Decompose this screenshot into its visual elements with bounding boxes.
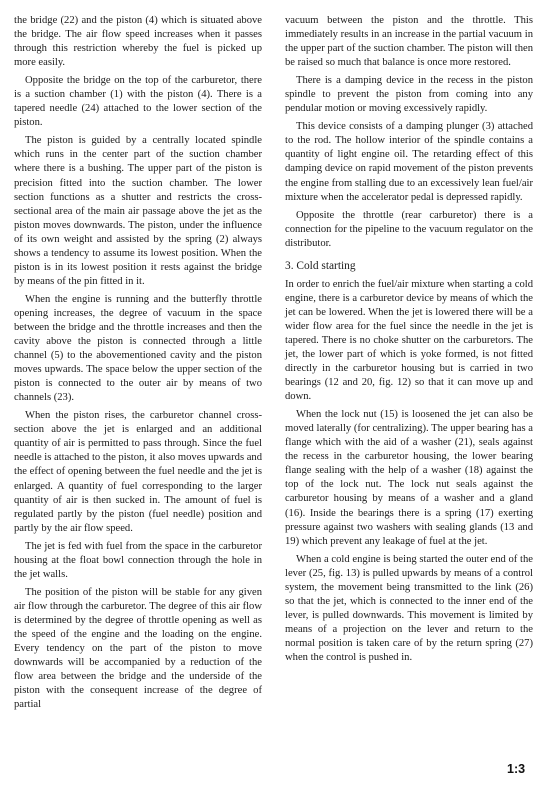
paragraph: When the engine is running and the butte…	[14, 293, 262, 405]
paragraph: Opposite the throttle (rear carburetor) …	[285, 209, 533, 251]
paragraph: When the lock nut (15) is loosened the j…	[285, 408, 533, 548]
paragraph: Opposite the bridge on the top of the ca…	[14, 74, 262, 130]
paragraph: When a cold engine is being started the …	[285, 553, 533, 665]
paragraph: The jet is fed with fuel from the space …	[14, 540, 262, 582]
right-column: vacuum between the piston and the thrott…	[285, 14, 533, 669]
page-number: 1:3	[507, 762, 525, 776]
paragraph: vacuum between the piston and the thrott…	[285, 14, 533, 70]
paragraph: There is a damping device in the recess …	[285, 74, 533, 116]
paragraph: This device consists of a damping plunge…	[285, 120, 533, 204]
paragraph: The piston is guided by a centrally loca…	[14, 134, 262, 289]
paragraph: The position of the piston will be stabl…	[14, 586, 262, 712]
paragraph: When the piston rises, the carburetor ch…	[14, 409, 262, 535]
paragraph: In order to enrich the fuel/air mixture …	[285, 278, 533, 404]
section-heading: 3. Cold starting	[285, 259, 533, 273]
paragraph: the bridge (22) and the piston (4) which…	[14, 14, 262, 70]
left-column: the bridge (22) and the piston (4) which…	[14, 14, 262, 716]
